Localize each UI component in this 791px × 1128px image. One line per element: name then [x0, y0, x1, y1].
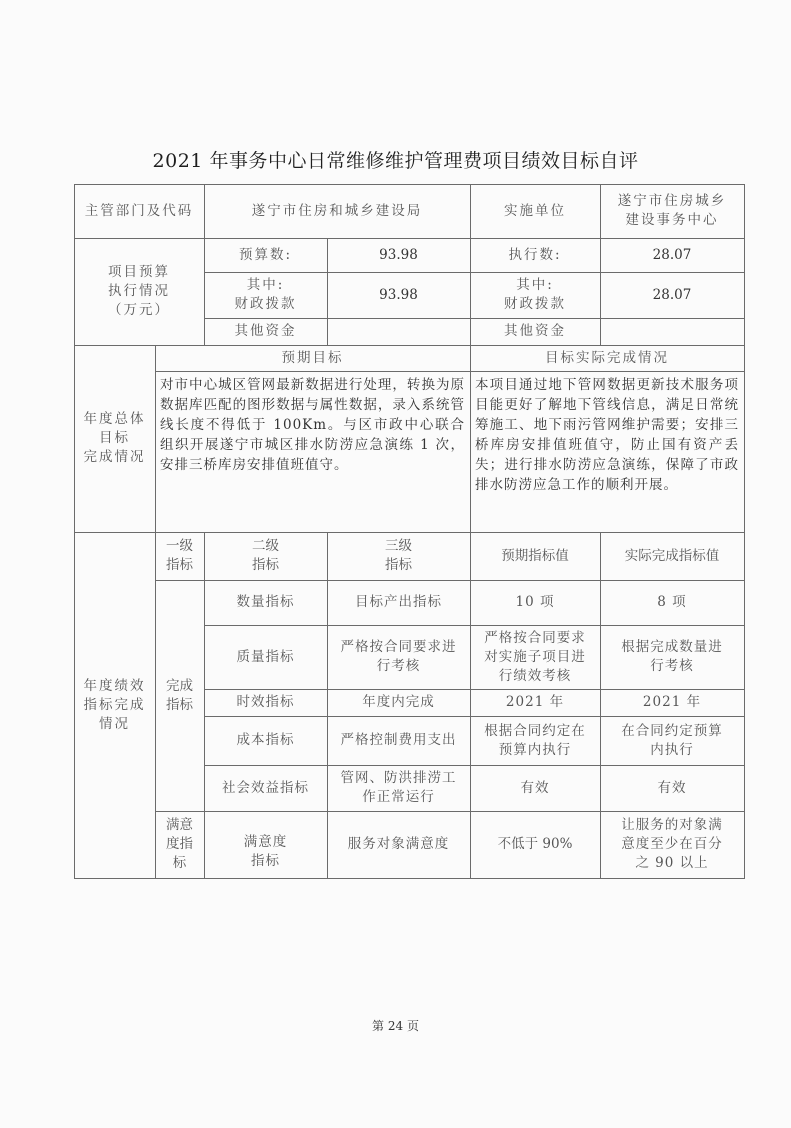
row-text: 2021 年 [506, 693, 564, 712]
row-text: 服务对象满意度 [348, 835, 450, 854]
budget-right-value: 28.07 [600, 272, 744, 318]
budget-right-value: 28.07 [600, 238, 744, 272]
dept-label: 主管部门及代码 [74, 184, 204, 238]
row-text: 根据合同约定在 预算内执行 [484, 722, 586, 760]
table-border [74, 184, 745, 185]
expected-goal-header-text: 预期目标 [282, 349, 344, 368]
budget-left-label: 其中: 财政拨款 [204, 272, 327, 318]
dept-value: 遂宁市住房和城乡建设局 [204, 184, 470, 238]
table-row-level3: 年度内完成 [327, 689, 470, 716]
row-text: 严格按合同要求进 行考核 [341, 638, 457, 676]
expected-goal-header: 预期目标 [155, 345, 470, 371]
table-border [204, 625, 745, 626]
annual-goal-section-label: 年度总体 目标 完成情况 [74, 345, 155, 532]
executed-total-label: 执行数: [508, 246, 561, 265]
row-text: 10 项 [516, 593, 555, 612]
performance-section-text: 年度绩效 指标完成 情况 [84, 677, 146, 734]
table-border [204, 272, 745, 273]
table-border [204, 716, 745, 717]
row-text: 数量指标 [237, 593, 295, 612]
budget-total-label: 预算数: [239, 246, 292, 265]
actual-goal-header-text: 目标实际完成情况 [545, 349, 669, 368]
header-level3: 三级 指标 [327, 532, 470, 580]
table-row-actual: 根据完成数量进 行考核 [600, 625, 744, 689]
row-text: 根据完成数量进 行考核 [621, 638, 723, 676]
budget-fiscal-value: 93.98 [379, 286, 418, 305]
table-border [600, 532, 601, 878]
table-row-actual: 8 项 [600, 580, 744, 625]
table-border [470, 345, 471, 532]
table-border [204, 689, 745, 690]
table-row-level3: 管网、防洪排涝工 作正常运行 [327, 765, 470, 811]
budget-total-value: 93.98 [379, 246, 418, 265]
table-row-level2: 成本指标 [204, 716, 327, 765]
header-level1-text: 一级 指标 [166, 537, 193, 575]
budget-left-value: 93.98 [327, 272, 470, 318]
budget-left-label: 其他资金 [204, 318, 327, 345]
expected-goal-paragraph: 对市中心城区管网最新数据进行处理，转换为原数据库匹配的图形数据与属性数据，录入系… [160, 375, 465, 475]
budget-right-label: 执行数: [470, 238, 600, 272]
row-text: 质量指标 [237, 648, 295, 667]
table-border [470, 184, 471, 345]
header-level2: 二级 指标 [204, 532, 327, 580]
table-row-expected: 严格按合同要求 对实施子项目进 行绩效考核 [470, 625, 600, 689]
budget-left-label: 预算数: [204, 238, 327, 272]
header-actual: 实际完成指标值 [600, 532, 744, 580]
dept-label-text: 主管部门及代码 [85, 202, 194, 221]
table-border [744, 184, 745, 879]
table-border [204, 532, 205, 878]
row-text: 有效 [521, 779, 550, 798]
performance-section-label: 年度绩效 指标完成 情况 [74, 532, 155, 878]
table-border [155, 811, 745, 812]
table-border [74, 345, 745, 346]
budget-right-label: 其他资金 [470, 318, 600, 345]
actual-goal-paragraph: 本项目通过地下管网数据更新技术服务项目能更好了解地下管线信息，满足日常统筹施工、… [475, 375, 739, 495]
executed-total-value: 28.07 [653, 246, 692, 265]
table-row-expected: 10 项 [470, 580, 600, 625]
row-text: 8 项 [657, 593, 686, 612]
impl-label: 实施单位 [470, 184, 600, 238]
row-text: 社会效益指标 [222, 779, 309, 798]
executed-fiscal-value: 28.07 [653, 286, 692, 305]
group-completion: 完成 指标 [155, 580, 204, 811]
table-row-actual: 2021 年 [600, 689, 744, 716]
row-text: 管网、防洪排涝工 作正常运行 [341, 769, 457, 807]
annual-goal-section-text: 年度总体 目标 完成情况 [84, 410, 146, 467]
budget-fiscal-label: 其中: 财政拨款 [235, 276, 297, 314]
table-row-actual: 有效 [600, 765, 744, 811]
header-level3-text: 三级 指标 [385, 537, 412, 575]
dept-value-text: 遂宁市住房和城乡建设局 [252, 202, 423, 221]
row-text: 成本指标 [237, 731, 295, 750]
header-expected: 预期指标值 [470, 532, 600, 580]
group-satisfaction-text: 满意 度指 标 [166, 816, 193, 873]
table-row-expected: 根据合同约定在 预算内执行 [470, 716, 600, 765]
header-expected-text: 预期指标值 [501, 547, 569, 566]
actual-goal-text: 本项目通过地下管网数据更新技术服务项目能更好了解地下管线信息，满足日常统筹施工、… [470, 371, 744, 532]
expected-goal-text: 对市中心城区管网最新数据进行处理，转换为原数据库匹配的图形数据与属性数据，录入系… [155, 371, 470, 496]
table-border [74, 878, 745, 879]
document-title: 2021 年事务中心日常维修维护管理费项目绩效目标自评 [0, 146, 791, 173]
row-text: 有效 [658, 779, 687, 798]
budget-left-value [327, 318, 470, 345]
table-border [155, 371, 745, 372]
actual-goal-header: 目标实际完成情况 [470, 345, 744, 371]
table-row-level3: 严格按合同要求进 行考核 [327, 625, 470, 689]
table-border [155, 345, 156, 878]
row-text: 让服务的对象满 意度至少在百分 之 90 以上 [621, 816, 723, 873]
table-border [600, 184, 601, 345]
budget-other-label: 其他资金 [235, 322, 297, 341]
table-row-actual: 在合同约定预算 内执行 [600, 716, 744, 765]
impl-value: 遂宁市住房城乡 建设事务中心 [600, 184, 744, 238]
budget-section-text: 项目预算 执行情况 （万元） [108, 263, 170, 320]
table-row-expected: 有效 [470, 765, 600, 811]
table-border [74, 184, 75, 879]
table-border [155, 580, 745, 581]
row-text: 年度内完成 [362, 693, 435, 712]
executed-fiscal-label: 其中: 财政拨款 [504, 276, 566, 314]
row-text: 满意度 指标 [244, 833, 288, 871]
table-row-expected: 不低于 90% [470, 811, 600, 878]
impl-label-text: 实施单位 [504, 202, 566, 221]
row-text: 时效指标 [237, 693, 295, 712]
page-number: 第 24 页 [0, 1017, 791, 1034]
row-text: 严格按合同要求 对实施子项目进 行绩效考核 [484, 629, 586, 686]
table-row-level3: 服务对象满意度 [327, 811, 470, 878]
table-row-level2: 时效指标 [204, 689, 327, 716]
table-border [204, 184, 205, 345]
header-actual-text: 实际完成指标值 [625, 547, 720, 566]
table-border [74, 238, 745, 239]
table-row-level2: 社会效益指标 [204, 765, 327, 811]
row-text: 2021 年 [643, 693, 701, 712]
budget-left-value: 93.98 [327, 238, 470, 272]
table-row-level2: 满意度 指标 [204, 811, 327, 878]
table-border [204, 318, 745, 319]
group-satisfaction: 满意 度指 标 [155, 811, 204, 878]
table-border [74, 532, 745, 533]
header-level1: 一级 指标 [155, 532, 204, 580]
header-level2-text: 二级 指标 [252, 537, 279, 575]
budget-section-label: 项目预算 执行情况 （万元） [74, 238, 204, 345]
table-row-level3: 目标产出指标 [327, 580, 470, 625]
table-row-actual: 让服务的对象满 意度至少在百分 之 90 以上 [600, 811, 744, 878]
table-row-level2: 质量指标 [204, 625, 327, 689]
table-border [470, 532, 471, 878]
table-border [327, 532, 328, 878]
executed-other-label: 其他资金 [504, 322, 566, 341]
row-text: 严格控制费用支出 [341, 731, 457, 750]
table-row-expected: 2021 年 [470, 689, 600, 716]
row-text: 不低于 90% [498, 835, 573, 854]
row-text: 目标产出指标 [355, 593, 442, 612]
table-border [327, 238, 328, 345]
budget-right-value [600, 318, 744, 345]
row-text: 在合同约定预算 内执行 [621, 722, 723, 760]
impl-value-text: 遂宁市住房城乡 建设事务中心 [618, 192, 727, 230]
budget-right-label: 其中: 财政拨款 [470, 272, 600, 318]
table-row-level3: 严格控制费用支出 [327, 716, 470, 765]
table-border [204, 765, 745, 766]
table-row-level2: 数量指标 [204, 580, 327, 625]
group-completion-text: 完成 指标 [166, 677, 193, 715]
